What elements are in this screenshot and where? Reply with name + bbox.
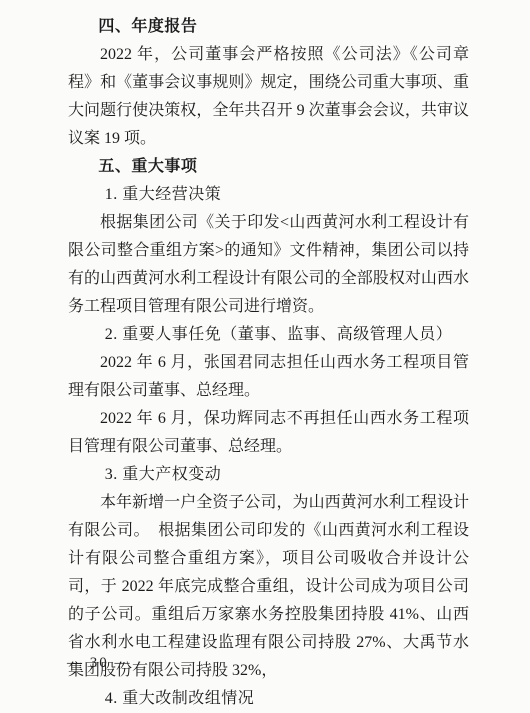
para-removal-bao-gonghui: 2022 年 6 月，保功辉同志不再担任山西水务工程项目管理有限公司董事、总经理… [68, 405, 469, 461]
para-appointment-zhang-guojun: 2022 年 6 月，张国君同志担任山西水务工程项目管理有限公司董事、总经理。 [68, 349, 469, 405]
para-board-meetings: 2022 年，公司董事会严格按照《公司法》《公司章程》和《董事会议事规则》规定，… [68, 41, 469, 153]
para-capital-increase: 根据集团公司《关于印发<山西黄河水利工程设计有限公司整合重组方案>的通知》文件精… [68, 209, 469, 321]
document-page: 四、年度报告 2022 年，公司董事会严格按照《公司法》《公司章程》和《董事会议… [0, 0, 530, 713]
heading-major-matters: 五、重大事项 [68, 153, 469, 181]
heading-annual-report: 四、年度报告 [68, 13, 469, 41]
subheading-restructuring-status: 4. 重大改制改组情况 [68, 685, 469, 713]
page-number: — 30 — [67, 653, 132, 673]
subheading-personnel-appointments: 2. 重要人事任免（董事、监事、高级管理人员） [68, 321, 469, 349]
document-content: 四、年度报告 2022 年，公司董事会严格按照《公司法》《公司章程》和《董事会议… [68, 13, 469, 713]
subheading-property-rights-change: 3. 重大产权变动 [68, 461, 469, 489]
subheading-major-business-decisions: 1. 重大经营决策 [68, 181, 469, 209]
